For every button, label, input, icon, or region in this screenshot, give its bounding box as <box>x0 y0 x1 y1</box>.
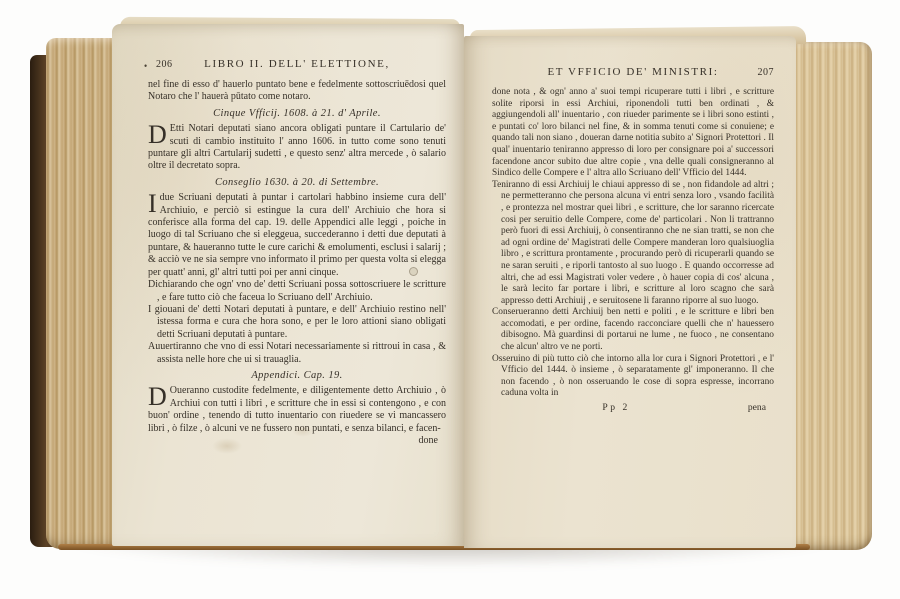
paragraph-osseruino: Osseruino di più tutto ciò che intorno a… <box>492 354 774 400</box>
left-fore-edge-pages <box>46 38 118 549</box>
right-fore-edge-pages <box>786 42 872 550</box>
left-page: • •206 LIBRO II. DELL' ELETTIONE, nel fi… <box>112 24 464 546</box>
gathering-signature: Pp 2 <box>602 402 629 413</box>
paragraph-dichiarando: Dichiarando che ogn' vno de' detti Scriu… <box>148 279 446 304</box>
section-heading-conseglio-1630: Conseglio 1630. à 20. di Settembre. <box>148 177 446 189</box>
section-heading-cinque-vfficij: Cinque Vfficij. 1608. à 21. d' Aprile. <box>148 108 446 120</box>
paragraph-doueranno: DOueranno custodite fedelmente, e dilige… <box>148 385 446 435</box>
left-running-title: LIBRO II. DELL' ELETTIONE, <box>204 58 390 70</box>
signature-catchword-line: Pp 2 pena <box>492 402 774 415</box>
drop-cap-I: I <box>148 192 160 215</box>
paragraph-due-scriuani: Idue Scriuani deputati à puntar i cartol… <box>148 192 446 279</box>
photo-white-background: • •206 LIBRO II. DELL' ELETTIONE, nel fi… <box>0 0 900 599</box>
right-page: ET VFFICIO DE' MINISTRI: 207 done nota ,… <box>464 36 796 548</box>
paragraph-conserueranno: Conserueranno detti Archiuij ben netti e… <box>492 307 774 353</box>
paragraph-done-nota: done nota , & ogn' anno a' suoi tempi ri… <box>492 87 774 180</box>
section-heading-appendici-cap-19: Appendici. Cap. 19. <box>148 370 446 382</box>
marginal-dot: • <box>144 61 148 71</box>
paragraph-continuation-intro: nel fine di esso d' hauerlo puntato bene… <box>148 79 446 104</box>
paragraph-i-giouani: I giouani de' detti Notari deputati à pu… <box>148 304 446 341</box>
drop-cap-D2: D <box>148 385 170 408</box>
right-page-number: 207 <box>758 67 775 78</box>
right-catchword: pena <box>748 402 766 413</box>
paragraph-auuertiranno: Auuertiranno che vno di essi Notari nece… <box>148 341 446 366</box>
right-running-head: ET VFFICIO DE' MINISTRI: 207 <box>492 66 774 78</box>
left-running-head: • •206 LIBRO II. DELL' ELETTIONE, <box>148 58 446 70</box>
paragraph-teniranno: Teniranno di essi Archiuij le chiaui app… <box>492 180 774 308</box>
left-page-number: • •206 <box>156 59 173 70</box>
drop-cap-D: D <box>148 123 170 146</box>
left-catchword: done <box>148 435 446 447</box>
right-running-title: ET VFFICIO DE' MINISTRI: <box>547 66 718 78</box>
paragraph-detti-notari: DEtti Notari deputati siano ancora oblig… <box>148 123 446 173</box>
